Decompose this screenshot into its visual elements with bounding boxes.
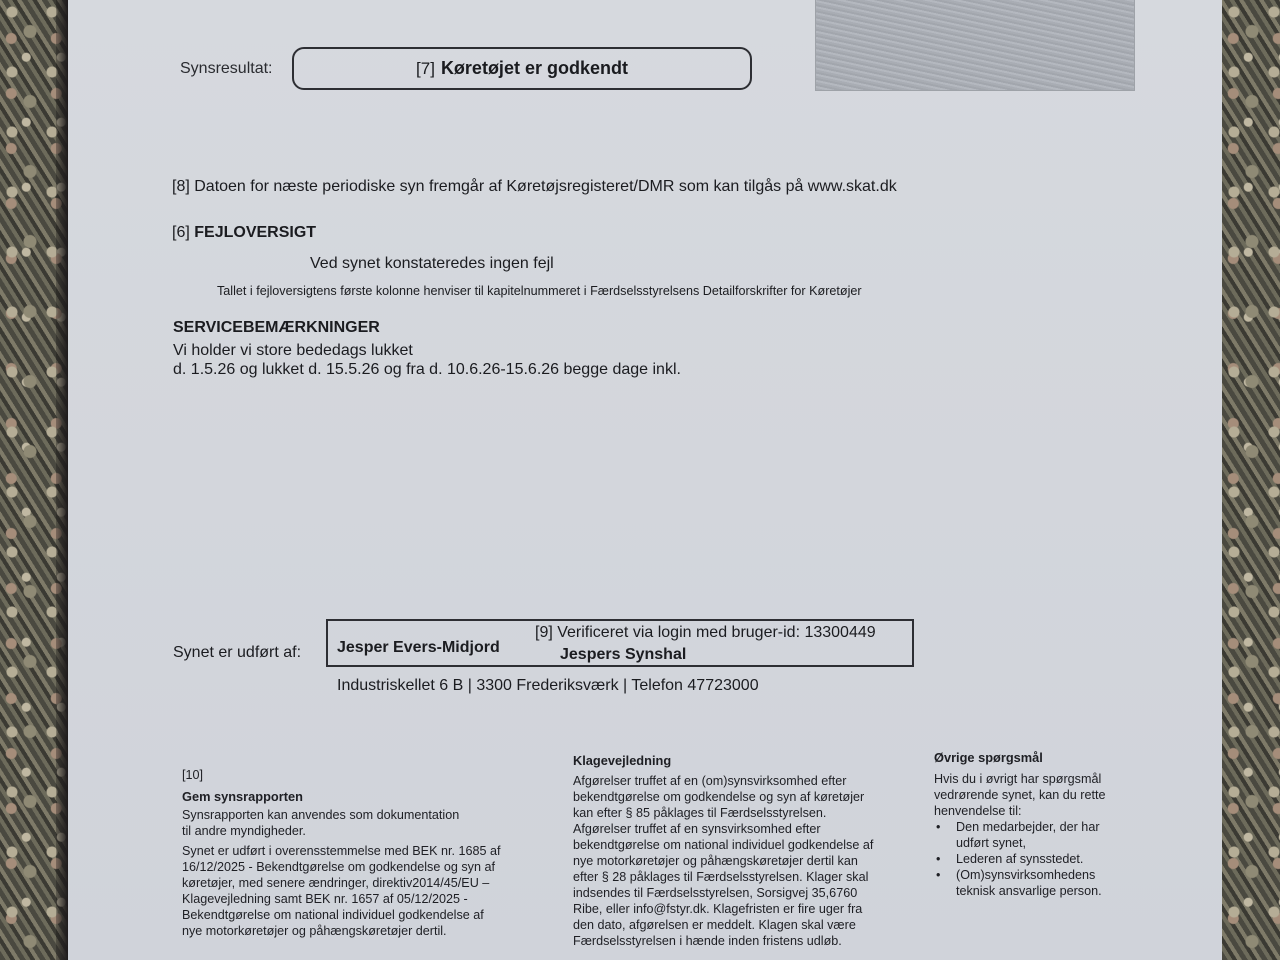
text-line: Afgørelser truffet af en synsvirksomhed … [573,821,873,837]
faults-title: FEJLOVERSIGT [194,224,316,241]
faults-none-text: Ved synet konstateredes ingen fejl [310,255,554,273]
text-line: nye motorkøretøjer og påhængskøretøjer d… [182,923,501,939]
contact-list: • Den medarbejder, der har udført synet,… [934,819,1106,899]
service-remark-line: Vi holder vi store bededags lukket [173,342,413,360]
text-line: Synsrapporten kan anvendes som dokumenta… [182,807,501,823]
text-line: Ribe, eller info@fstyr.dk. Klagefristen … [573,901,873,917]
other-questions-heading: Øvrige spørgsmål [934,750,1106,766]
result-label: Synsresultat: [180,60,272,78]
performed-by-label: Synet er udført af: [173,644,301,662]
save-report-para2: Synet er udført i overensstemmelse med B… [182,843,501,939]
verification-text: [9] Verificeret via login med bruger-id:… [535,624,876,642]
bullet-icon: • [936,851,940,867]
text-line: Hvis du i øvrigt har spørgsmål [934,771,1106,787]
save-report-column: [10] Gem synsrapporten Synsrapporten kan… [182,767,501,939]
result-box: [7] Køretøjet er godkendt [292,47,752,90]
complaints-heading: Klagevejledning [573,753,873,769]
text-line: nye motorkøretøjer og påhængskøretøjer d… [573,853,873,869]
faults-footnote: Tallet i fejloversigtens første kolonne … [217,284,862,298]
result-ref: [7] [416,59,435,79]
save-report-ref: [10] [182,767,501,783]
text-line: den dato, afgørelsen er meddelt. Klagen … [573,917,873,933]
text-line: Afgørelser truffet af en (om)synsvirksom… [573,773,873,789]
bullet-icon: • [936,867,940,883]
text-line: henvendelse til: [934,803,1106,819]
text-line: bekendtgørelse om national individuel go… [573,837,873,853]
text-line: indsendes til Færdselsstyrelsen, Sorsigv… [573,885,873,901]
contact-list-item: • (Om)synsvirksomhedens teknisk ansvarli… [934,867,1106,899]
text-line: Bekendtgørelse om national individuel go… [182,907,501,923]
service-remark-line: d. 1.5.26 og lukket d. 15.5.26 og fra d.… [173,361,681,379]
text-line: Klagevejledning samt BEK nr. 1657 af 05/… [182,891,501,907]
faults-ref: [6] [172,224,190,241]
complaints-column: Klagevejledning Afgørelser truffet af en… [573,753,873,949]
contact-list-item: • Den medarbejder, der har udført synet, [934,819,1106,851]
text-line: Lederen af synsstedet. [956,851,1106,867]
save-report-para1: Synsrapporten kan anvendes som dokumenta… [182,807,501,839]
text-line: vedrørende synet, kan du rette [934,787,1106,803]
text-line: køretøjer, med senere ændringer, direkti… [182,875,501,891]
other-questions-column: Øvrige spørgsmål Hvis du i øvrigt har sp… [934,750,1106,899]
station-address: Industriskellet 6 B | 3300 Frederiksværk… [337,677,759,695]
asphalt-background-right [1222,0,1280,960]
next-inspection-note: [8] Datoen for næste periodiske syn frem… [172,178,897,196]
text-line: bekendtgørelse om godkendelse og syn af … [573,789,873,805]
result-value: Køretøjet er godkendt [441,58,628,79]
save-report-heading: Gem synsrapporten [182,789,501,805]
text-line: til andre myndigheder. [182,823,501,839]
text-line: Synet er udført i overensstemmelse med B… [182,843,501,859]
faults-heading: [6] FEJLOVERSIGT [172,224,316,242]
text-line: (Om)synsvirksomhedens [956,867,1106,883]
text-line: Færdselsstyrelsen i hænde inden fristens… [573,933,873,949]
text-line: teknisk ansvarlige person. [956,883,1106,899]
inspector-name: Jesper Evers-Midjord [337,639,500,657]
redacted-area [815,0,1135,91]
text-line: 16/12/2025 - Bekendtgørelse om godkendel… [182,859,501,875]
contact-list-item: • Lederen af synsstedet. [934,851,1106,867]
service-remarks-heading: SERVICEBEMÆRKNINGER [173,319,380,337]
text-line: Den medarbejder, der har [956,819,1106,835]
bullet-icon: • [936,819,940,835]
text-line: kan efter § 85 påklages til Færdselsstyr… [573,805,873,821]
paper-shadow [56,0,68,960]
text-line: udført synet, [956,835,1106,851]
text-line: efter § 28 påklages til Færdselsstyrelse… [573,869,873,885]
station-name: Jespers Synshal [560,646,686,664]
